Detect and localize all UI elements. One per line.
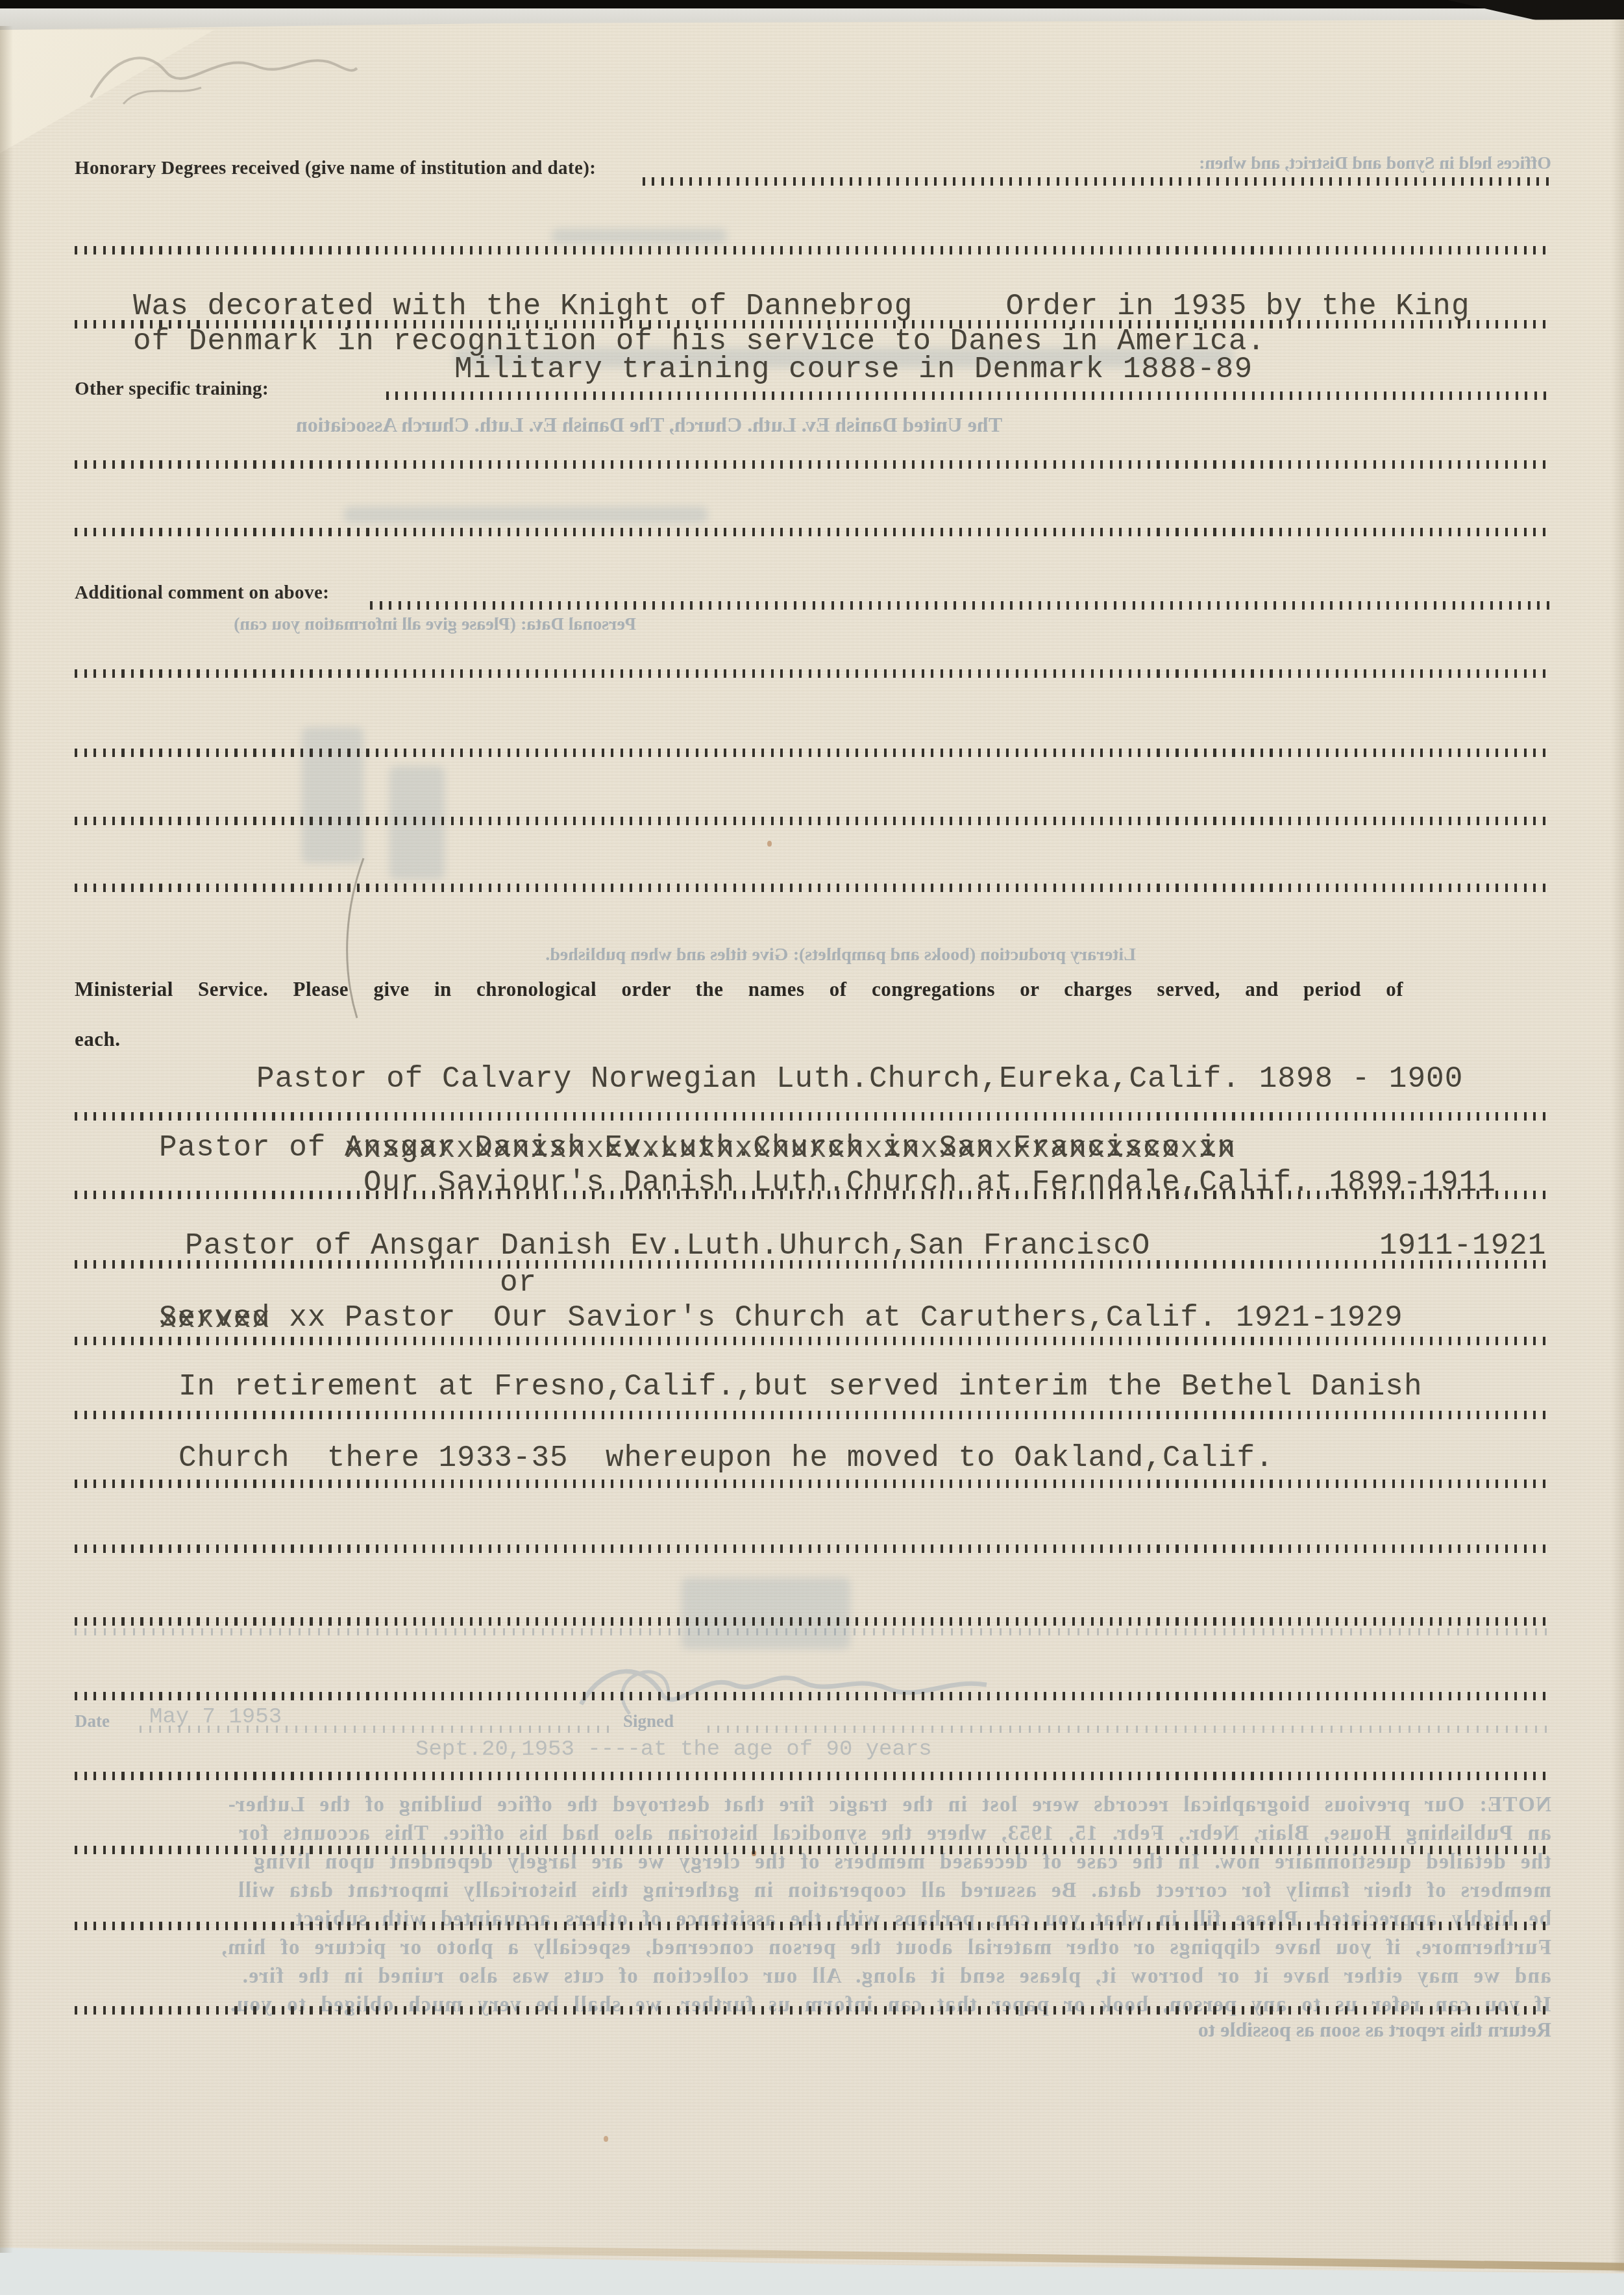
typed-entry-eureka: Pastor of Calvary Norwegian Luth.Church,…: [256, 1062, 1463, 1096]
strikeout-x-overlay: xxxxxxxxxxxxxxxxxxxxxxxxxxxxxxxxxxxxxxxx…: [345, 1132, 1236, 1166]
dotted-line: [75, 1337, 1551, 1345]
ghost-date-label: Date: [75, 1711, 110, 1731]
bleed-smudge: [344, 506, 707, 523]
dotted-line: [75, 1480, 1551, 1488]
pencil-scrawl: [84, 36, 363, 120]
bleed-personal-data-line: Personal Data: (Please give all informat…: [97, 614, 636, 635]
typed-entry-san-francisco: Pastor of Ansgar Danish Ev.Luth.Uhurch,S…: [185, 1229, 1150, 1263]
bleed-literary-line: Literary production (books and pamphlets…: [519, 945, 1136, 965]
dotted-line: [75, 1772, 1551, 1780]
dotted-line: [75, 669, 1551, 678]
bleed-smudge: [302, 727, 363, 863]
honorary-dotted-line: [643, 177, 1551, 186]
paper-speck: [767, 841, 772, 847]
bleed-note-line: NOTE: Our previous biographical records …: [75, 1793, 1551, 1817]
strikeout-x-overlay: xxxxxx: [159, 1302, 271, 1336]
dotted-line: [75, 1692, 1551, 1700]
dotted-line: [75, 884, 1551, 892]
other-training-label: Other specific training:: [75, 378, 269, 400]
bleed-note-line: members of their family for correct data…: [75, 1879, 1551, 1903]
dotted-line: [75, 1411, 1551, 1419]
typed-entry-caruthers-rest: xx Pastor Our Savior's Church at Caruthe…: [271, 1301, 1403, 1335]
paper-speck: [604, 2136, 608, 2142]
bleed-smudge: [682, 1578, 850, 1649]
paper-left-shadow: [0, 26, 13, 2253]
typed-entry-sf-struck: Pastor of Ansgar Danish Ev.Luth.Church i…: [159, 1131, 1236, 1165]
pen-scratch-mark: [328, 857, 380, 1019]
dotted-line: [75, 1846, 1551, 1854]
bleed-note-line: an Publishing House, Blair, Nebr., Febr.…: [75, 1822, 1551, 1846]
bleed-association-line: The United Danish Ev. Luth. Church, The …: [195, 413, 1103, 437]
typed-entry-caruthers: Servedxxxxxx xx Pastor Our Savior's Chur…: [159, 1301, 1403, 1335]
other-training-dotted-line: [386, 391, 1551, 400]
dotted-line: [75, 749, 1551, 757]
scanned-form-page: Honorary Degrees received (give name of …: [0, 0, 1624, 2295]
typed-entry-ferndale: Our Saviour's Danish Luth.Church at Fern…: [363, 1166, 1496, 1200]
dotted-line: [75, 460, 1551, 469]
dotted-line: [75, 1112, 1551, 1121]
typed-military-line: Military training course in Denmark 1888…: [454, 353, 1253, 386]
ghost-signed-label: Signed: [623, 1711, 674, 1731]
scanner-edge-top: [0, 0, 1624, 8]
dotted-line: [75, 1617, 1551, 1626]
bleed-smudge: [552, 229, 727, 244]
additional-comment-dotted-line: [370, 601, 1551, 610]
dotted-line: [75, 1544, 1551, 1553]
paper-right-shadow: [1611, 19, 1624, 2272]
additional-comment-label: Additional comment on above:: [75, 582, 329, 604]
typed-entry-sf-prefix: Pastor of: [159, 1131, 345, 1165]
typed-or-word: or: [500, 1266, 537, 1300]
dotted-line: [75, 528, 1551, 536]
dotted-line: [75, 1922, 1551, 1930]
bleed-note-paragraph: NOTE: Our previous biographical records …: [75, 1793, 1551, 2017]
typed-entry-retirement: In retirement at Fresno,Calif.,but serve…: [178, 1370, 1423, 1404]
ghost-date-value: May 7 1953: [149, 1705, 282, 1730]
bleed-return-line: Return this report as soon as possible t…: [75, 2018, 1551, 2042]
bleed-note-line: and we may either have it or borrow it, …: [75, 1965, 1551, 1989]
dotted-line: [75, 2006, 1551, 2015]
dotted-line: [75, 246, 1551, 254]
dotted-line: [75, 817, 1551, 825]
typed-decoration-line-1: Was decorated with the Knight of Dannebr…: [133, 290, 1470, 323]
ministerial-service-heading: Ministerial Service. Please give in chro…: [75, 978, 1555, 1001]
typed-entry-san-francisco-years: 1911-1921: [1379, 1229, 1546, 1263]
typed-entry-church-there: Church there 1933-35 whereupon he moved …: [178, 1441, 1274, 1475]
bleed-note-line: Furthermore, if you have clippings or ot…: [75, 1936, 1551, 1960]
ghost-death-date-line: Sept.20,1953 ----at the age of 90 years: [415, 1737, 932, 1762]
ministerial-service-heading-cont: each.: [75, 1028, 121, 1051]
honorary-degrees-label: Honorary Degrees received (give name of …: [75, 158, 596, 179]
